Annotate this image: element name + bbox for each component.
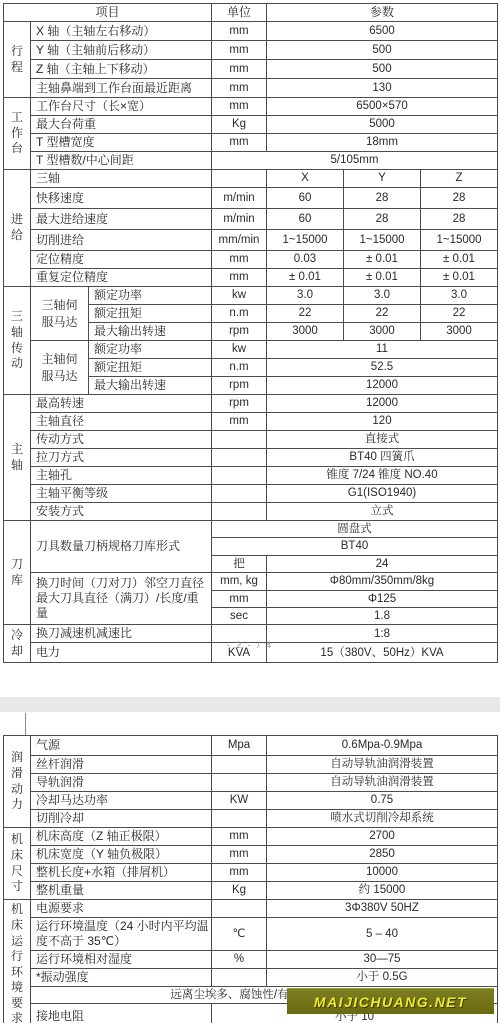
spec-unit: mm [212, 846, 267, 864]
page-edge-artifact [25, 713, 26, 737]
table-row: 快移速度 m/min 60 28 28 [4, 188, 498, 209]
spec-value: 30—75 [267, 951, 498, 969]
spec-item: 拉刀方式 [31, 449, 212, 467]
spec-unit: Mpa [212, 736, 267, 756]
table-row: 主轴 最高转速 rpm 12000 [4, 395, 498, 413]
col-header-unit: 单位 [212, 4, 267, 22]
spec-value: 1.8 [267, 607, 498, 624]
spec-unit: Kg [212, 882, 267, 900]
spec-value: 10000 [267, 864, 498, 882]
group-label-drive: 三轴传动 [4, 287, 31, 395]
spec-item: 最高转速 [31, 395, 212, 413]
spec-value: 锥度 7/24 锥度 NO.40 [267, 467, 498, 485]
spec-item: 最大台荷重 [31, 116, 212, 134]
spec-value: 5000 [267, 116, 498, 134]
spec-item: 额定扭矩 [89, 305, 212, 323]
table-row: 整机长度+水箱（排屑机） mm 10000 [4, 864, 498, 882]
table-row: 最大台荷重 Kg 5000 [4, 116, 498, 134]
spec-item: 额定功率 [89, 287, 212, 305]
spec-unit [212, 756, 267, 774]
spec-value-x: 0.03 [267, 251, 344, 269]
table-header-row: 项目 单位 参数 [4, 4, 498, 22]
spec-value-z: 3000 [421, 323, 498, 341]
col-header-item: 项目 [4, 4, 212, 22]
group-label-environment: 机床运行环境要求 [4, 900, 31, 1023]
spec-unit: m/min [212, 188, 267, 209]
spec-unit: mm [212, 98, 267, 116]
spec-unit [212, 810, 267, 828]
spec-item: Y 轴（主轴前后移动） [31, 41, 212, 60]
group-label-magazine: 刀库 [4, 521, 31, 625]
spec-value: 52.5 [267, 359, 498, 377]
spec-item: 冷却马达功率 [31, 792, 212, 810]
subgroup-label-spindle-servo: 主轴伺服马达 [31, 341, 89, 395]
spec-value: 6500 [267, 22, 498, 41]
spec-unit [212, 485, 267, 503]
table-row: 主轴直径 mm 120 [4, 413, 498, 431]
spec-item: X 轴（主轴左右移动） [31, 22, 212, 41]
spec-value-y: 28 [344, 188, 421, 209]
table-row: 最大进给速度 m/min 60 28 28 [4, 209, 498, 230]
spec-item: 主轴平衡等级 [31, 485, 212, 503]
spec-unit: mm [212, 828, 267, 846]
spec-item: 定位精度 [31, 251, 212, 269]
spec-unit: mm [212, 134, 267, 152]
spec-item: 工作台尺寸（长×宽） [31, 98, 212, 116]
watermark-badge: MAIJICHUANG.NET [287, 988, 494, 1014]
table-row: 润滑动力 气源 Mpa 0.6Mpa-0.9Mpa [4, 736, 498, 756]
spec-item: 电源要求 [31, 900, 212, 918]
spec-item: 主轴直径 [31, 413, 212, 431]
spec-item: 传动方式 [31, 431, 212, 449]
spec-unit: rpm [212, 395, 267, 413]
spec-item: 重复定位精度 [31, 269, 212, 287]
table-row: 行程 X 轴（主轴左右移动） mm 6500 [4, 22, 498, 41]
spec-item: Z 轴（主轴上下移动） [31, 60, 212, 79]
spec-value: 500 [267, 60, 498, 79]
spec-value: 24 [267, 555, 498, 572]
spec-item: 整机重量 [31, 882, 212, 900]
table-row: 主轴平衡等级 G1(ISO1940) [4, 485, 498, 503]
table-row: Y 轴（主轴前后移动） mm 500 [4, 41, 498, 60]
spec-item: 主轴鼻端到工作台面最近距离 [31, 79, 212, 98]
spec-unit [212, 449, 267, 467]
spec-value-y: ± 0.01 [344, 251, 421, 269]
page-number: - 2 - / 4 [0, 640, 500, 650]
spec-item: 主轴孔 [31, 467, 212, 485]
spec-item: 运行环境相对湿度 [31, 951, 212, 969]
spec-value: 0.75 [267, 792, 498, 810]
axis-col-y: Y [344, 170, 421, 188]
group-label-lubrication: 润滑动力 [4, 736, 31, 828]
table-row: 切削进给 mm/min 1~15000 1~15000 1~15000 [4, 230, 498, 251]
table-row: 进给 三轴 X Y Z [4, 170, 498, 188]
axis-col-z: Z [421, 170, 498, 188]
spec-unit: mm [212, 590, 267, 607]
spec-item: 换刀时间（刀对刀）邻空刀直径最大刀具直径（满刀）/长度/重量 [31, 573, 212, 625]
spec-unit: mm [212, 864, 267, 882]
spec-unit: rpm [212, 323, 267, 341]
spec-item: 刀具数量刀柄规格刀库形式 [31, 521, 212, 573]
spec-unit: mm [212, 60, 267, 79]
table-row: 机床运行环境要求 电源要求 3Φ380V 50HZ [4, 900, 498, 918]
spec-item: 最大输出转速 [89, 377, 212, 395]
spec-unit: mm [212, 251, 267, 269]
group-label-worktable: 工作台 [4, 98, 31, 170]
spec-table-page3: 润滑动力 气源 Mpa 0.6Mpa-0.9Mpa 丝杆润滑 自动导轨油润滑装置… [3, 735, 498, 1023]
spec-item: 快移速度 [31, 188, 212, 209]
spec-value: 0.6Mpa-0.9Mpa [267, 736, 498, 756]
spec-value: Φ80mm/350mm/8kg [267, 573, 498, 590]
table-row: *振动强度 小于 0.5G [4, 969, 498, 987]
table-row: 主轴伺服马达 额定功率 kw 11 [4, 341, 498, 359]
spec-value: 2700 [267, 828, 498, 846]
spec-value-z: 22 [421, 305, 498, 323]
group-label-spindle: 主轴 [4, 395, 31, 521]
table-row: T 型槽宽度 mm 18mm [4, 134, 498, 152]
spec-value: 直接式 [267, 431, 498, 449]
spec-value-x: 22 [267, 305, 344, 323]
spec-value: Φ125 [267, 590, 498, 607]
spec-unit: mm [212, 41, 267, 60]
spec-value-y: 1~15000 [344, 230, 421, 251]
subgroup-label-axis-servo: 三轴伺服马达 [31, 287, 89, 341]
spec-unit: mm [212, 413, 267, 431]
spec-unit: sec [212, 607, 267, 624]
spec-item: 三轴 [31, 170, 212, 188]
group-label-travel: 行程 [4, 22, 31, 98]
spec-value: BT40 四簧爪 [267, 449, 498, 467]
group-label-machine-size: 机床尺寸 [4, 828, 31, 900]
table-row: 丝杆润滑 自动导轨油润滑装置 [4, 756, 498, 774]
spec-unit: n.m [212, 305, 267, 323]
spec-unit: kw [212, 341, 267, 359]
spec-value: 小于 0.5G [267, 969, 498, 987]
spec-value: 18mm [267, 134, 498, 152]
group-label-feed: 进给 [4, 170, 31, 287]
spec-unit: mm [212, 22, 267, 41]
spec-unit: Kg [212, 116, 267, 134]
spec-value-y: 3.0 [344, 287, 421, 305]
table-row: 机床宽度（Y 轴负极限） mm 2850 [4, 846, 498, 864]
spec-unit: % [212, 951, 267, 969]
spec-item: 机床宽度（Y 轴负极限） [31, 846, 212, 864]
spec-value-x: 60 [267, 209, 344, 230]
spec-value: 2850 [267, 846, 498, 864]
spec-value: 自动导轨油润滑装置 [267, 756, 498, 774]
spec-unit [212, 503, 267, 521]
spec-unit: mm/min [212, 230, 267, 251]
spec-item: T 型槽数/中心间距 [31, 152, 212, 170]
spec-unit: mm, kg [212, 573, 267, 590]
spec-unit [212, 170, 267, 188]
table-row: 三轴传动 三轴伺服马达 额定功率 kw 3.0 3.0 3.0 [4, 287, 498, 305]
table-row: 工作台 工作台尺寸（长×宽） mm 6500×570 [4, 98, 498, 116]
spec-value-x: 1~15000 [267, 230, 344, 251]
spec-item: 导轨润滑 [31, 774, 212, 792]
spec-value: 5/105mm [212, 152, 498, 170]
spec-value: 立式 [267, 503, 498, 521]
spec-item: 安装方式 [31, 503, 212, 521]
page-gap-divider [0, 697, 500, 712]
col-header-param: 参数 [267, 4, 498, 22]
table-row: 换刀时间（刀对刀）邻空刀直径最大刀具直径（满刀）/长度/重量 mm, kg Φ8… [4, 573, 498, 590]
spec-unit: 把 [212, 555, 267, 572]
spec-item: 接地电阻 [31, 1004, 212, 1023]
spec-value-x: 3.0 [267, 287, 344, 305]
table-row: 冷却马达功率 KW 0.75 [4, 792, 498, 810]
spec-item: 气源 [31, 736, 212, 756]
spec-value-y: 28 [344, 209, 421, 230]
spec-unit [212, 431, 267, 449]
axis-col-x: X [267, 170, 344, 188]
spec-unit: KW [212, 792, 267, 810]
table-row: 拉刀方式 BT40 四簧爪 [4, 449, 498, 467]
spec-unit: mm [212, 269, 267, 287]
table-row: 运行环境相对湿度 % 30—75 [4, 951, 498, 969]
spec-item: 运行环境温度（24 小时内平均温度不高于 35℃） [31, 918, 212, 951]
spec-item: 机床高度（Z 轴正极限） [31, 828, 212, 846]
spec-value: 约 15000 [267, 882, 498, 900]
spec-unit [212, 900, 267, 918]
table-row: 安装方式 立式 [4, 503, 498, 521]
spec-value: 11 [267, 341, 498, 359]
spec-item: 额定功率 [89, 341, 212, 359]
spec-value: G1(ISO1940) [267, 485, 498, 503]
spec-value-z: ± 0.01 [421, 251, 498, 269]
spec-value-y: ± 0.01 [344, 269, 421, 287]
spec-value-z: 28 [421, 209, 498, 230]
table-row: 导轨润滑 自动导轨油润滑装置 [4, 774, 498, 792]
spec-unit [212, 969, 267, 987]
spec-value-y: 22 [344, 305, 421, 323]
table-row: 刀库 刀具数量刀柄规格刀库形式 圆盘式 [4, 521, 498, 538]
table-row: 机床尺寸 机床高度（Z 轴正极限） mm 2700 [4, 828, 498, 846]
table-row: 运行环境温度（24 小时内平均温度不高于 35℃） ℃ 5 – 40 [4, 918, 498, 951]
table-row: 整机重量 Kg 约 15000 [4, 882, 498, 900]
spec-item: 最大进给速度 [31, 209, 212, 230]
spec-unit: m/min [212, 209, 267, 230]
spec-item: T 型槽宽度 [31, 134, 212, 152]
spec-value: 12000 [267, 377, 498, 395]
spec-unit: rpm [212, 377, 267, 395]
spec-unit [212, 467, 267, 485]
spec-value-y: 3000 [344, 323, 421, 341]
spec-unit [212, 774, 267, 792]
spec-value: 500 [267, 41, 498, 60]
spec-value: 130 [267, 79, 498, 98]
spec-value-z: ± 0.01 [421, 269, 498, 287]
spec-item: 额定扭矩 [89, 359, 212, 377]
spec-unit: n.m [212, 359, 267, 377]
spec-unit: ℃ [212, 918, 267, 951]
spec-item: *振动强度 [31, 969, 212, 987]
table-row: 主轴孔 锥度 7/24 锥度 NO.40 [4, 467, 498, 485]
spec-value: 5 – 40 [267, 918, 498, 951]
spec-value: 3Φ380V 50HZ [267, 900, 498, 918]
spec-value-z: 1~15000 [421, 230, 498, 251]
spec-unit: kw [212, 287, 267, 305]
spec-item: 整机长度+水箱（排屑机） [31, 864, 212, 882]
spec-value: 6500×570 [267, 98, 498, 116]
table-row: 定位精度 mm 0.03 ± 0.01 ± 0.01 [4, 251, 498, 269]
table-row: 切削冷却 喷水式切削冷却系统 [4, 810, 498, 828]
spec-table-page2: 项目 单位 参数 行程 X 轴（主轴左右移动） mm 6500 Y 轴（主轴前后… [3, 3, 498, 663]
spec-value-z: 3.0 [421, 287, 498, 305]
table-row: T 型槽数/中心间距 5/105mm [4, 152, 498, 170]
spec-value: 自动导轨油润滑装置 [267, 774, 498, 792]
spec-value: 圆盘式 [212, 521, 498, 538]
spec-item: 切削冷却 [31, 810, 212, 828]
spec-item: 切削进给 [31, 230, 212, 251]
spec-value-x: 60 [267, 188, 344, 209]
spec-value-x: 3000 [267, 323, 344, 341]
spec-unit: mm [212, 79, 267, 98]
spec-value-z: 28 [421, 188, 498, 209]
spec-item: 丝杆润滑 [31, 756, 212, 774]
spec-value-x: ± 0.01 [267, 269, 344, 287]
table-row: 传动方式 直接式 [4, 431, 498, 449]
spec-item: 最大输出转速 [89, 323, 212, 341]
table-row: 主轴鼻端到工作台面最近距离 mm 130 [4, 79, 498, 98]
spec-value: 喷水式切削冷却系统 [267, 810, 498, 828]
spec-value: 12000 [267, 395, 498, 413]
table-row: 重复定位精度 mm ± 0.01 ± 0.01 ± 0.01 [4, 269, 498, 287]
table-row: Z 轴（主轴上下移动） mm 500 [4, 60, 498, 79]
spec-value: BT40 [212, 538, 498, 555]
spec-value: 120 [267, 413, 498, 431]
